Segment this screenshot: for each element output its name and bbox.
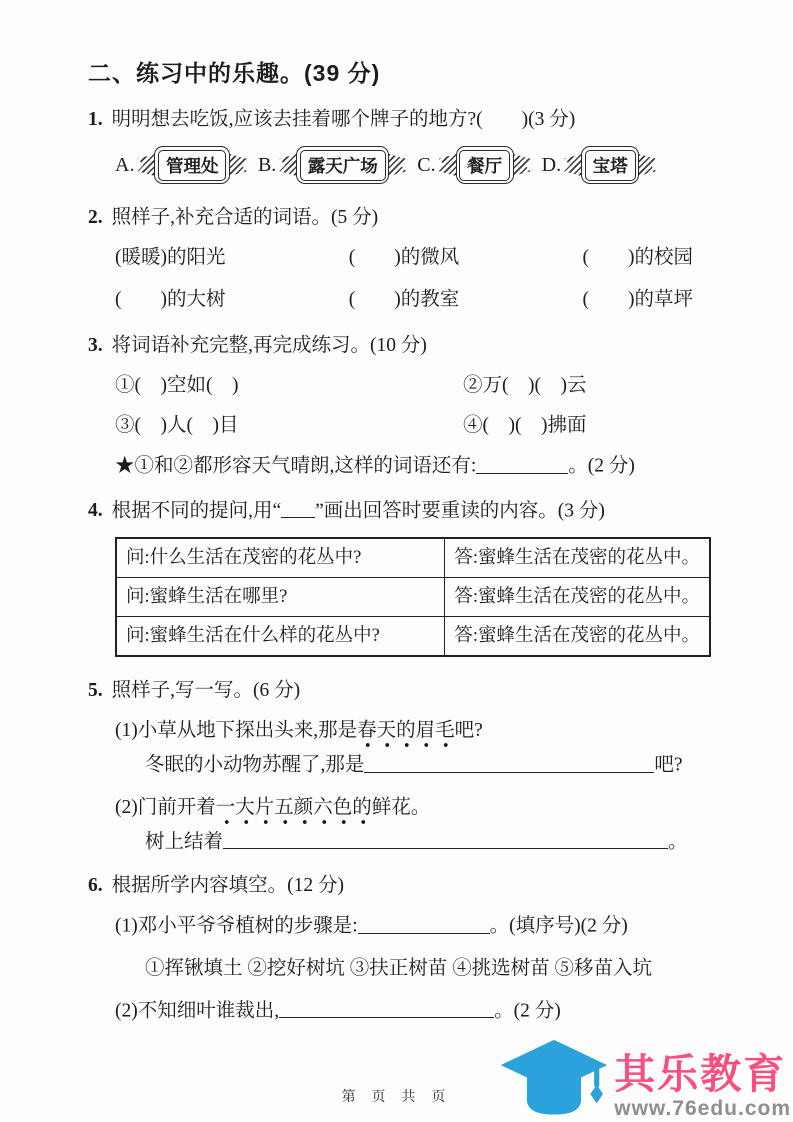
sentence-pre: (2)不知细叶谁裁出, xyxy=(115,1000,279,1021)
question-5-text: 照样子,写一写。(6 分) xyxy=(112,680,301,701)
option-c-sign-text: 餐厅 xyxy=(459,150,510,181)
sentence-pre: (1)邓小平爷爷植树的步骤是: xyxy=(115,916,358,937)
sentence-post: 鲜花。 xyxy=(372,797,431,818)
option-b-label: B. xyxy=(258,154,276,177)
option-a-label: A. xyxy=(115,154,134,177)
question-cell: 问:什么生活在茂密的花丛中? xyxy=(116,538,445,578)
answer-blank xyxy=(223,830,668,850)
question-2: 2.照样子,补充合适的词语。(5 分) xyxy=(88,204,741,232)
emphasized-text: 一大片五颜六色的 xyxy=(216,797,372,825)
question-1-options: A. 管理处 B. 露天广场 C. 餐厅 xyxy=(88,146,741,184)
word-blank: ( )的大树 xyxy=(115,286,226,314)
option-d-sign: 宝塔 xyxy=(564,146,656,184)
question-1-text: 明明想去吃饭,应该去挂着哪个牌子的地方?( )(3 分) xyxy=(112,109,576,130)
star-text-pre: ★①和②都形容天气晴朗,这样的词语还有: xyxy=(115,456,476,477)
question-6-item2: (2)不知细叶谁裁出,。(2 分) xyxy=(88,997,741,1026)
sentence-post: 。(填序号)(2 分) xyxy=(490,916,628,937)
worksheet-content: 二、练习中的乐趣。(39 分) 1.明明想去吃饭,应该去挂着哪个牌子的地方?( … xyxy=(0,0,793,1025)
sentence-post: 吧? xyxy=(654,755,682,776)
word-blank: ( )的草坪 xyxy=(583,286,694,314)
graduation-cap-icon xyxy=(498,1038,610,1122)
answer-blank xyxy=(364,753,654,773)
word-blank: ( )的微风 xyxy=(349,244,460,272)
answer-cell: 答:蜜蜂生活在茂密的花丛中。 xyxy=(445,578,710,617)
question-5-item2: (2)门前开着一大片五颜六色的鲜花。 xyxy=(88,794,741,822)
option-b-sign: 露天广场 xyxy=(279,146,406,184)
star-text-post: 。(2 分) xyxy=(568,456,635,477)
answer-blank xyxy=(476,454,568,474)
idiom-item: ④( )( )拂面 xyxy=(463,412,741,440)
option-d: D. 宝塔 xyxy=(542,146,656,184)
question-1: 1.明明想去吃饭,应该去挂着哪个牌子的地方?( )(3 分) xyxy=(88,106,741,134)
option-d-label: D. xyxy=(542,154,561,177)
question-2-text: 照样子,补充合适的词语。(5 分) xyxy=(112,207,379,228)
sentence-post: 。(2 分) xyxy=(494,1000,561,1021)
question-3-number: 3. xyxy=(88,335,103,356)
idiom-item: ①( )空如( ) xyxy=(115,372,463,400)
sentence-post: 。 xyxy=(668,831,688,852)
question-4-number: 4. xyxy=(88,500,103,521)
sentence-pre: (2)门前开着 xyxy=(115,797,216,818)
question-cell: 问:蜜蜂生活在哪里? xyxy=(116,578,445,617)
question-5: 5.照样子,写一写。(6 分) xyxy=(88,677,741,705)
question-6-number: 6. xyxy=(88,875,103,896)
question-6: 6.根据所学内容填空。(12 分) xyxy=(88,872,741,900)
question-5-item1-answer: 冬眠的小动物苏醒了,那是吧? xyxy=(88,751,741,780)
question-4-table: 问:什么生活在茂密的花丛中? 答:蜜蜂生活在茂密的花丛中。 问:蜜蜂生活在哪里?… xyxy=(115,537,711,657)
word-blank: ( )的校园 xyxy=(583,244,694,272)
option-c: C. 餐厅 xyxy=(417,146,530,184)
logo-brand-name: 其乐教育 xyxy=(614,1054,786,1095)
question-4-text-post: ”画出回答时要重读的内容。(3 分) xyxy=(315,500,605,521)
option-b-sign-text: 露天广场 xyxy=(300,150,386,181)
logo-text-block: 其乐教育 www.76edu.com xyxy=(614,1054,791,1122)
idiom-item: ③( )人( )目 xyxy=(115,412,463,440)
word-blank: ( )的教室 xyxy=(349,286,460,314)
question-cell: 问:蜜蜂生活在什么样的花丛中? xyxy=(116,617,445,657)
answer-blank xyxy=(279,999,494,1019)
question-4-text-pre: 根据不同的提问,用“ xyxy=(112,500,282,521)
question-6-item1-choices: ①挥锹填土 ②挖好树坑 ③扶正树苗 ④挑选树苗 ⑤移苗入坑 xyxy=(88,955,741,983)
option-c-sign: 餐厅 xyxy=(439,146,531,184)
sentence-post: 吧? xyxy=(455,720,483,741)
question-3: 3.将词语补充完整,再完成练习。(10 分) xyxy=(88,332,741,360)
idiom-item: ②万( )( )云 xyxy=(463,372,741,400)
question-6-text: 根据所学内容填空。(12 分) xyxy=(112,875,344,896)
question-4: 4.根据不同的提问,用“”画出回答时要重读的内容。(3 分) xyxy=(88,497,741,526)
sentence-pre: 冬眠的小动物苏醒了,那是 xyxy=(145,755,364,776)
option-c-label: C. xyxy=(417,154,435,177)
quoted-underline xyxy=(281,499,315,519)
question-3-star: ★①和②都形容天气晴朗,这样的词语还有:。(2 分) xyxy=(88,452,741,481)
section-title: 二、练习中的乐趣。(39 分) xyxy=(88,58,741,88)
question-5-item1: (1)小草从地下探出头来,那是春天的眉毛吧? xyxy=(88,717,741,745)
answer-blank xyxy=(358,914,490,934)
logo-website-url: www.76edu.com xyxy=(614,1096,791,1121)
question-1-number: 1. xyxy=(88,109,103,130)
sentence-pre: 树上结着 xyxy=(145,831,223,852)
question-3-text: 将词语补充完整,再完成练习。(10 分) xyxy=(112,335,427,356)
option-d-sign-text: 宝塔 xyxy=(585,150,636,181)
question-6-item1: (1)邓小平爷爷植树的步骤是:。(填序号)(2 分) xyxy=(88,912,741,941)
question-2-row2: ( )的大树 ( )的教室 ( )的草坪 xyxy=(115,286,693,314)
publisher-logo: 其乐教育 www.76edu.com xyxy=(498,1038,791,1122)
option-b: B. 露天广场 xyxy=(258,146,406,184)
answer-cell: 答:蜜蜂生活在茂密的花丛中。 xyxy=(445,538,710,578)
option-a-sign: 管理处 xyxy=(137,146,247,184)
question-3-row2: ③( )人( )目 ④( )( )拂面 xyxy=(115,412,741,440)
answer-cell: 答:蜜蜂生活在茂密的花丛中。 xyxy=(445,617,710,657)
table-row: 问:什么生活在茂密的花丛中? 答:蜜蜂生活在茂密的花丛中。 xyxy=(116,538,710,578)
worksheet-page: 二、练习中的乐趣。(39 分) 1.明明想去吃饭,应该去挂着哪个牌子的地方?( … xyxy=(0,0,793,1122)
table-row: 问:蜜蜂生活在什么样的花丛中? 答:蜜蜂生活在茂密的花丛中。 xyxy=(116,617,710,657)
question-2-number: 2. xyxy=(88,207,103,228)
question-3-row1: ①( )空如( ) ②万( )( )云 xyxy=(115,372,741,400)
option-a: A. 管理处 xyxy=(115,146,247,184)
emphasized-text: 春天的眉毛 xyxy=(357,720,455,748)
question-5-item2-answer: 树上结着。 xyxy=(88,828,741,857)
table-row: 问:蜜蜂生活在哪里? 答:蜜蜂生活在茂密的花丛中。 xyxy=(116,578,710,617)
option-a-sign-text: 管理处 xyxy=(158,150,227,181)
sentence-pre: (1)小草从地下探出头来,那是 xyxy=(115,720,357,741)
question-2-row1: (暖暖)的阳光 ( )的微风 ( )的校园 xyxy=(115,244,693,272)
question-5-number: 5. xyxy=(88,680,103,701)
word-blank: (暖暖)的阳光 xyxy=(115,244,226,272)
